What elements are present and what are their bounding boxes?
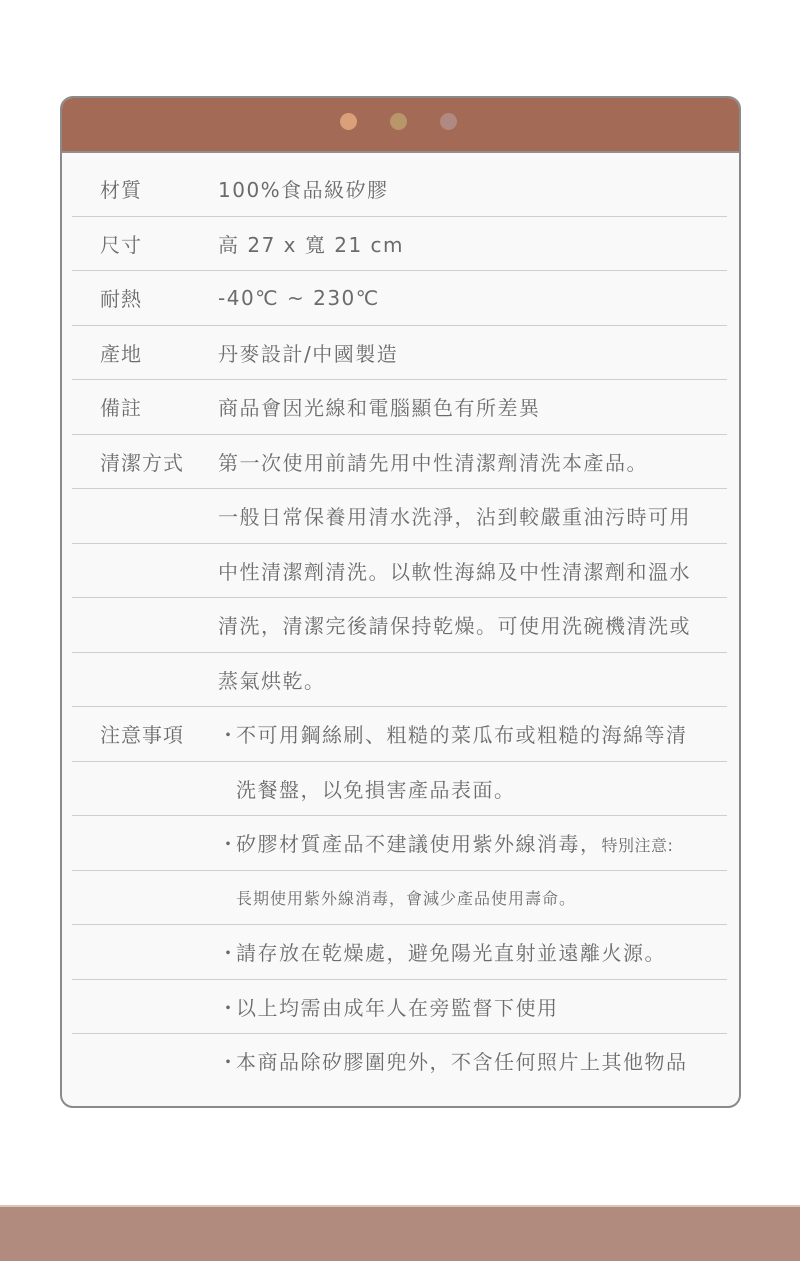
bullet-icon: ・ [218, 828, 236, 857]
note-text-small: 特別注意: [602, 836, 674, 855]
note-line: ・不可用鋼絲刷、粗糙的菜瓜布或粗糙的海綿等清 [218, 719, 727, 748]
spec-value: 第一次使用前請先用中性清潔劑清洗本產品。 [218, 447, 727, 476]
spec-row-cleaning-cont: 蒸氣烘乾。 [72, 653, 727, 708]
card-header-bar [60, 96, 741, 153]
note-line: 洗餐盤，以免損害產品表面。 [218, 774, 727, 803]
note-line: 長期使用紫外線消毒，會減少產品使用壽命。 [218, 886, 727, 909]
notes-row: 注意事項 ・不可用鋼絲刷、粗糙的菜瓜布或粗糙的海綿等清 [72, 707, 727, 762]
note-text: 本商品除矽膠圍兜外，不含任何照片上其他物品 [236, 1050, 688, 1074]
notes-row: ・請存放在乾燥處，避免陽光直射並遠離火源。 [72, 925, 727, 980]
notes-row: ・矽膠材質產品不建議使用紫外線消毒，特別注意: [72, 816, 727, 871]
spec-label: 產地 [72, 338, 218, 367]
spec-row-origin: 產地 丹麥設計/中國製造 [72, 326, 727, 381]
notes-row: 洗餐盤，以免損害產品表面。 [72, 762, 727, 817]
spec-row-cleaning-cont: 清洗，清潔完後請保持乾燥。可使用洗碗機清洗或 [72, 598, 727, 653]
notes-row: 長期使用紫外線消毒，會減少產品使用壽命。 [72, 871, 727, 926]
spec-row-heat-resistance: 耐熱 -40℃ ~ 230℃ [72, 271, 727, 326]
product-spec-card: 材質 100%食品級矽膠 尺寸 高 27 x 寬 21 cm 耐熱 -40℃ ~… [60, 96, 741, 1108]
bullet-icon: ・ [218, 1046, 236, 1075]
bullet-icon: ・ [218, 719, 236, 748]
notes-row: ・本商品除矽膠圍兜外，不含任何照片上其他物品 [72, 1034, 727, 1088]
note-line: ・矽膠材質產品不建議使用紫外線消毒，特別注意: [218, 828, 727, 857]
spec-value: 丹麥設計/中國製造 [218, 338, 727, 367]
note-line: ・以上均需由成年人在旁監督下使用 [218, 992, 727, 1021]
spec-label: 備註 [72, 392, 218, 421]
spec-row-cleaning-cont: 中性清潔劑清洗。以軟性海綿及中性清潔劑和溫水 [72, 544, 727, 599]
bottom-decorative-band [0, 1205, 800, 1261]
bullet-icon: ・ [218, 937, 236, 966]
spec-value: 高 27 x 寬 21 cm [218, 229, 727, 258]
spec-row-cleaning-cont: 一般日常保養用清水洗淨，沾到較嚴重油污時可用 [72, 489, 727, 544]
spec-label: 材質 [72, 174, 218, 203]
orange-dot-icon [340, 113, 357, 130]
note-text: 請存放在乾燥處，避免陽光直射並遠離火源。 [236, 941, 666, 965]
note-text: 不可用鋼絲刷、粗糙的菜瓜布或粗糙的海綿等清 [236, 723, 688, 747]
mauve-dot-icon [440, 113, 457, 130]
spec-label: 尺寸 [72, 229, 218, 258]
spec-table: 材質 100%食品級矽膠 尺寸 高 27 x 寬 21 cm 耐熱 -40℃ ~… [72, 162, 727, 1088]
spec-value: 清洗，清潔完後請保持乾燥。可使用洗碗機清洗或 [218, 610, 727, 639]
spec-value: 中性清潔劑清洗。以軟性海綿及中性清潔劑和溫水 [218, 556, 727, 585]
notes-label: 注意事項 [72, 719, 218, 748]
spec-value: 商品會因光線和電腦顯色有所差異 [218, 392, 727, 421]
notes-row: ・以上均需由成年人在旁監督下使用 [72, 980, 727, 1035]
spec-value: -40℃ ~ 230℃ [218, 286, 727, 310]
note-line: ・本商品除矽膠圍兜外，不含任何照片上其他物品 [218, 1046, 727, 1075]
spec-row-material: 材質 100%食品級矽膠 [72, 162, 727, 217]
spec-row-cleaning: 清潔方式 第一次使用前請先用中性清潔劑清洗本產品。 [72, 435, 727, 490]
spec-value: 100%食品級矽膠 [218, 174, 727, 203]
spec-label: 耐熱 [72, 283, 218, 312]
note-line: ・請存放在乾燥處，避免陽光直射並遠離火源。 [218, 937, 727, 966]
note-text: 矽膠材質產品不建議使用紫外線消毒， [236, 832, 602, 856]
bullet-icon: ・ [218, 992, 236, 1021]
spec-row-remarks: 備註 商品會因光線和電腦顯色有所差異 [72, 380, 727, 435]
spec-value: 一般日常保養用清水洗淨，沾到較嚴重油污時可用 [218, 501, 727, 530]
spec-value: 蒸氣烘乾。 [218, 665, 727, 694]
tan-dot-icon [390, 113, 407, 130]
spec-row-size: 尺寸 高 27 x 寬 21 cm [72, 217, 727, 272]
note-text: 以上均需由成年人在旁監督下使用 [236, 996, 559, 1020]
spec-label: 清潔方式 [72, 447, 218, 476]
